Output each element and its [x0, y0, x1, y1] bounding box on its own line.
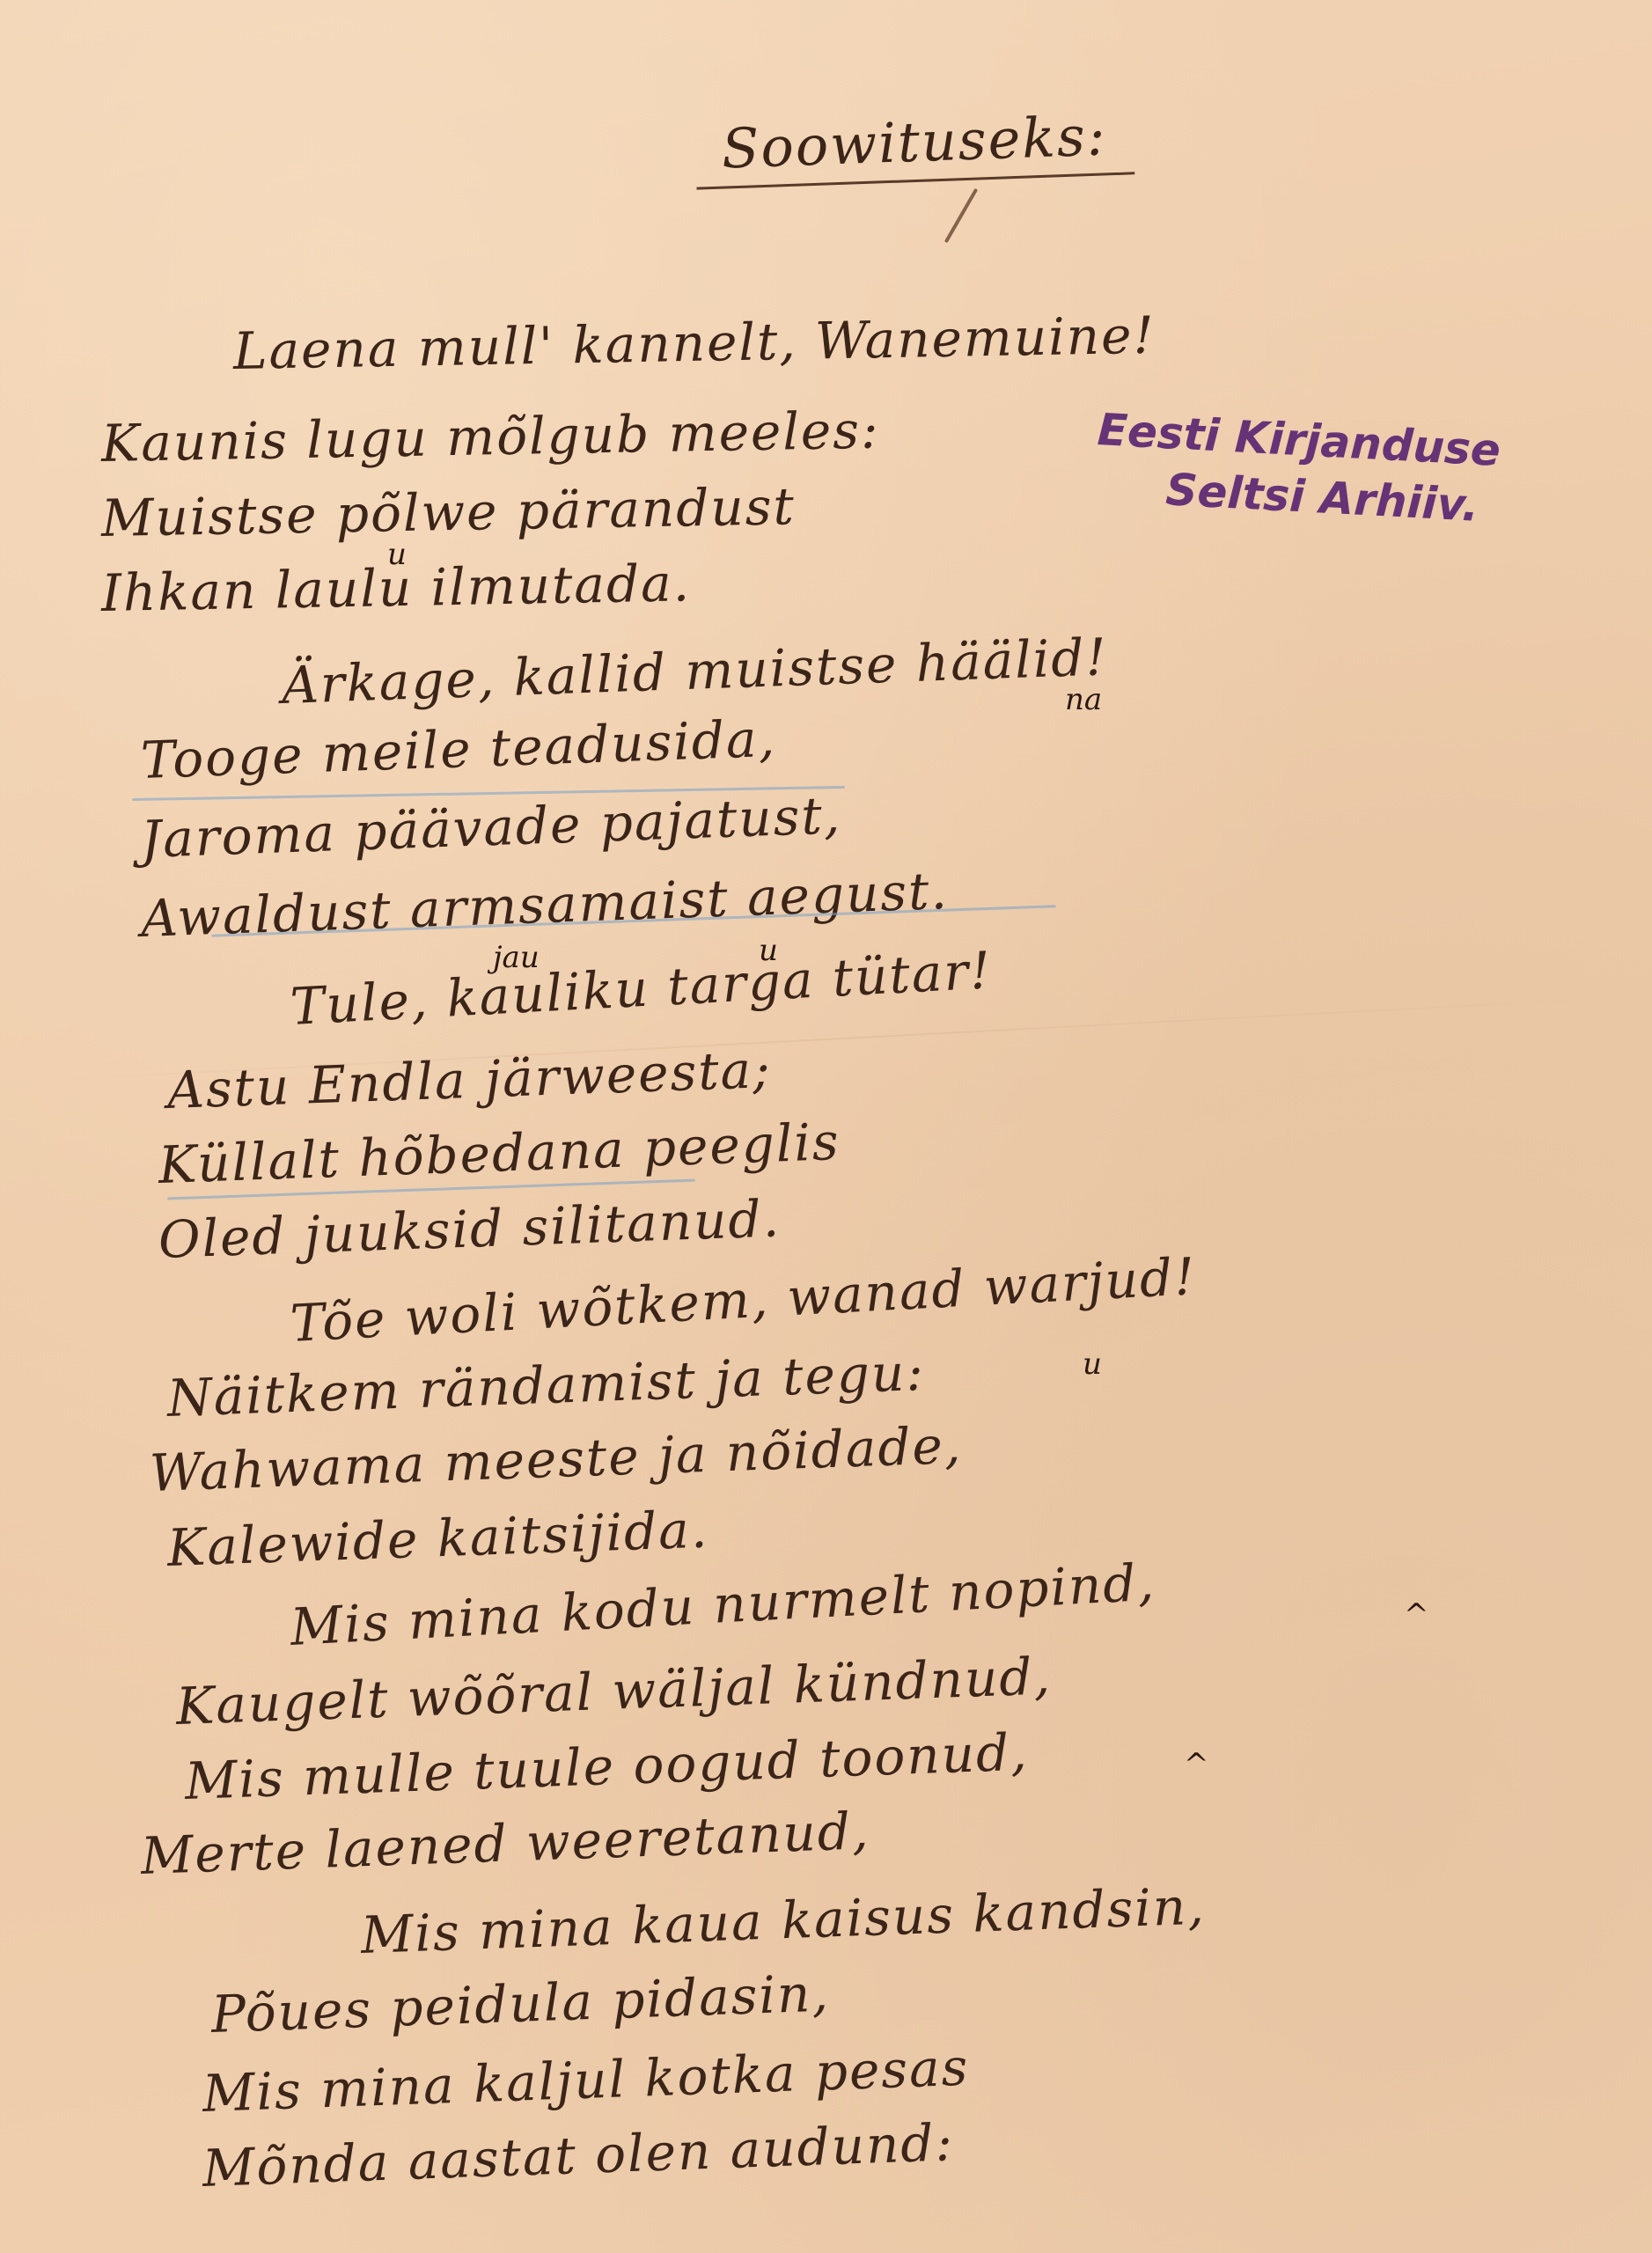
stanza-1-line-3: Muistse põlwe pärandust: [100, 476, 796, 548]
caret-mark: ^: [1404, 1597, 1429, 1633]
insertion-mark: jau: [493, 940, 540, 975]
archive-stamp: Eesti Kirjanduse Seltsi Arhiiv.: [1093, 401, 1501, 535]
insertion-mark: u: [1083, 1347, 1102, 1382]
insertion-mark: u: [387, 537, 407, 572]
insertion-mark: na: [1065, 682, 1102, 717]
insertion-mark: u: [759, 933, 778, 968]
caret-mark: ^: [1184, 1747, 1209, 1782]
poem-title: Soowituseks:: [694, 102, 1134, 189]
